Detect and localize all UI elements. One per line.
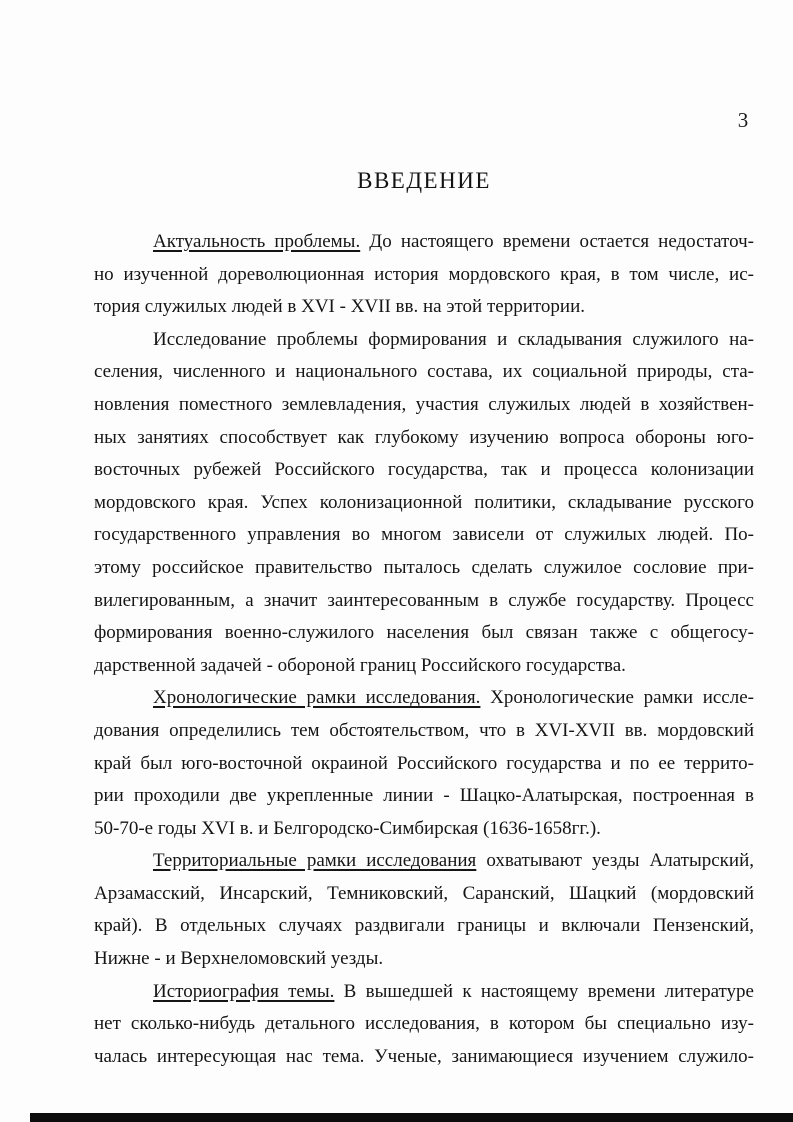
text-line: этому российское правительство пыталось … [94, 552, 754, 585]
document-body: Актуальность проблемы. До настоящего вре… [94, 226, 754, 1073]
text-segment: дования определились тем обстоятельством… [94, 720, 754, 741]
text-segment: охватывают уезды Алатырский, [476, 850, 754, 871]
text-segment: новления поместного землевладения, участ… [94, 394, 754, 415]
text-line: Хронологические рамки исследования. Хрон… [94, 682, 754, 715]
text-segment: формирования военно-служилого населения … [94, 622, 754, 643]
text-line: селения, численного и национального сост… [94, 356, 754, 389]
text-segment: мордовского края. Успех колонизационной … [94, 492, 754, 513]
text-segment: вилегированным, а значит заинтересованны… [94, 590, 754, 611]
text-segment: Исследование проблемы формирования и скл… [153, 329, 754, 350]
page-number: 3 [728, 108, 758, 133]
text-segment: тория служилых людей в XVI - XVII вв. на… [94, 296, 585, 317]
text-line: вилегированным, а значит заинтересованны… [94, 585, 754, 618]
text-segment: край). В отдельных случаях раздвигали гр… [94, 915, 754, 936]
text-line: дования определились тем обстоятельством… [94, 715, 754, 748]
text-line: Арзамасский, Инсарский, Темниковский, Са… [94, 878, 754, 911]
text-line: тория служилых людей в XVI - XVII вв. на… [94, 291, 754, 324]
text-segment: чалась интересующая нас тема. Ученые, за… [94, 1046, 754, 1067]
text-line: новления поместного землевладения, участ… [94, 389, 754, 422]
text-segment: восточных рубежей Российского государств… [94, 459, 754, 480]
text-line: мордовского края. Успех колонизационной … [94, 487, 754, 520]
text-segment: ных занятиях способствует как глубокому … [94, 427, 754, 448]
text-segment: рии проходили две укрепленные линии - Ша… [94, 785, 754, 806]
text-line: ных занятиях способствует как глубокому … [94, 422, 754, 455]
section-heading: Территориальные рамки исследования [153, 850, 476, 871]
text-line: Территориальные рамки исследования охват… [94, 845, 754, 878]
text-line: государственного управления во многом за… [94, 519, 754, 552]
text-line: край был юго-восточной окраиной Российск… [94, 748, 754, 781]
text-segment: Хронологические рамки иссле- [480, 687, 754, 708]
text-segment: В вышедшей к настоящему времени литерату… [334, 981, 754, 1002]
text-line: восточных рубежей Российского государств… [94, 454, 754, 487]
text-segment: До настоящего времени остается недостато… [360, 231, 754, 252]
text-segment: край был юго-восточной окраиной Российск… [94, 753, 754, 774]
text-line: Актуальность проблемы. До настоящего вре… [94, 226, 754, 259]
text-line: Исследование проблемы формирования и скл… [94, 324, 754, 357]
text-line: но изученной дореволюционная история мор… [94, 259, 754, 292]
text-segment: 50-70-е годы XVI в. и Белгородско-Симбир… [94, 818, 601, 839]
text-line: 50-70-е годы XVI в. и Белгородско-Симбир… [94, 813, 754, 846]
text-segment: государственного управления во многом за… [94, 524, 754, 545]
text-segment: Нижне - и Верхнеломовский уезды. [94, 948, 383, 969]
text-line: формирования военно-служилого населения … [94, 617, 754, 650]
text-line: нет сколько-нибудь детального исследован… [94, 1008, 754, 1041]
text-segment: селения, численного и национального сост… [94, 361, 754, 382]
text-line: Историография темы. В вышедшей к настоящ… [94, 976, 754, 1009]
scanned-page: 3 ВВЕДЕНИЕ Актуальность проблемы. До нас… [0, 0, 793, 1122]
text-line: чалась интересующая нас тема. Ученые, за… [94, 1041, 754, 1074]
text-segment: нет сколько-нибудь детального исследован… [94, 1013, 754, 1034]
text-line: дарственной задачей - обороной границ Ро… [94, 650, 754, 683]
section-heading: Актуальность проблемы. [153, 231, 360, 252]
text-segment: Арзамасский, Инсарский, Темниковский, Са… [94, 883, 754, 904]
text-segment: дарственной задачей - обороной границ Ро… [94, 655, 626, 676]
text-line: рии проходили две укрепленные линии - Ша… [94, 780, 754, 813]
text-line: край). В отдельных случаях раздвигали гр… [94, 910, 754, 943]
text-line: Нижне - и Верхнеломовский уезды. [94, 943, 754, 976]
text-segment: но изученной дореволюционная история мор… [94, 264, 754, 285]
scan-edge-artifact [30, 1113, 793, 1122]
section-heading: Историография темы. [153, 981, 334, 1002]
document-title: ВВЕДЕНИЕ [94, 168, 754, 194]
section-heading: Хронологические рамки исследования. [153, 687, 480, 708]
text-segment: этому российское правительство пыталось … [94, 557, 754, 578]
